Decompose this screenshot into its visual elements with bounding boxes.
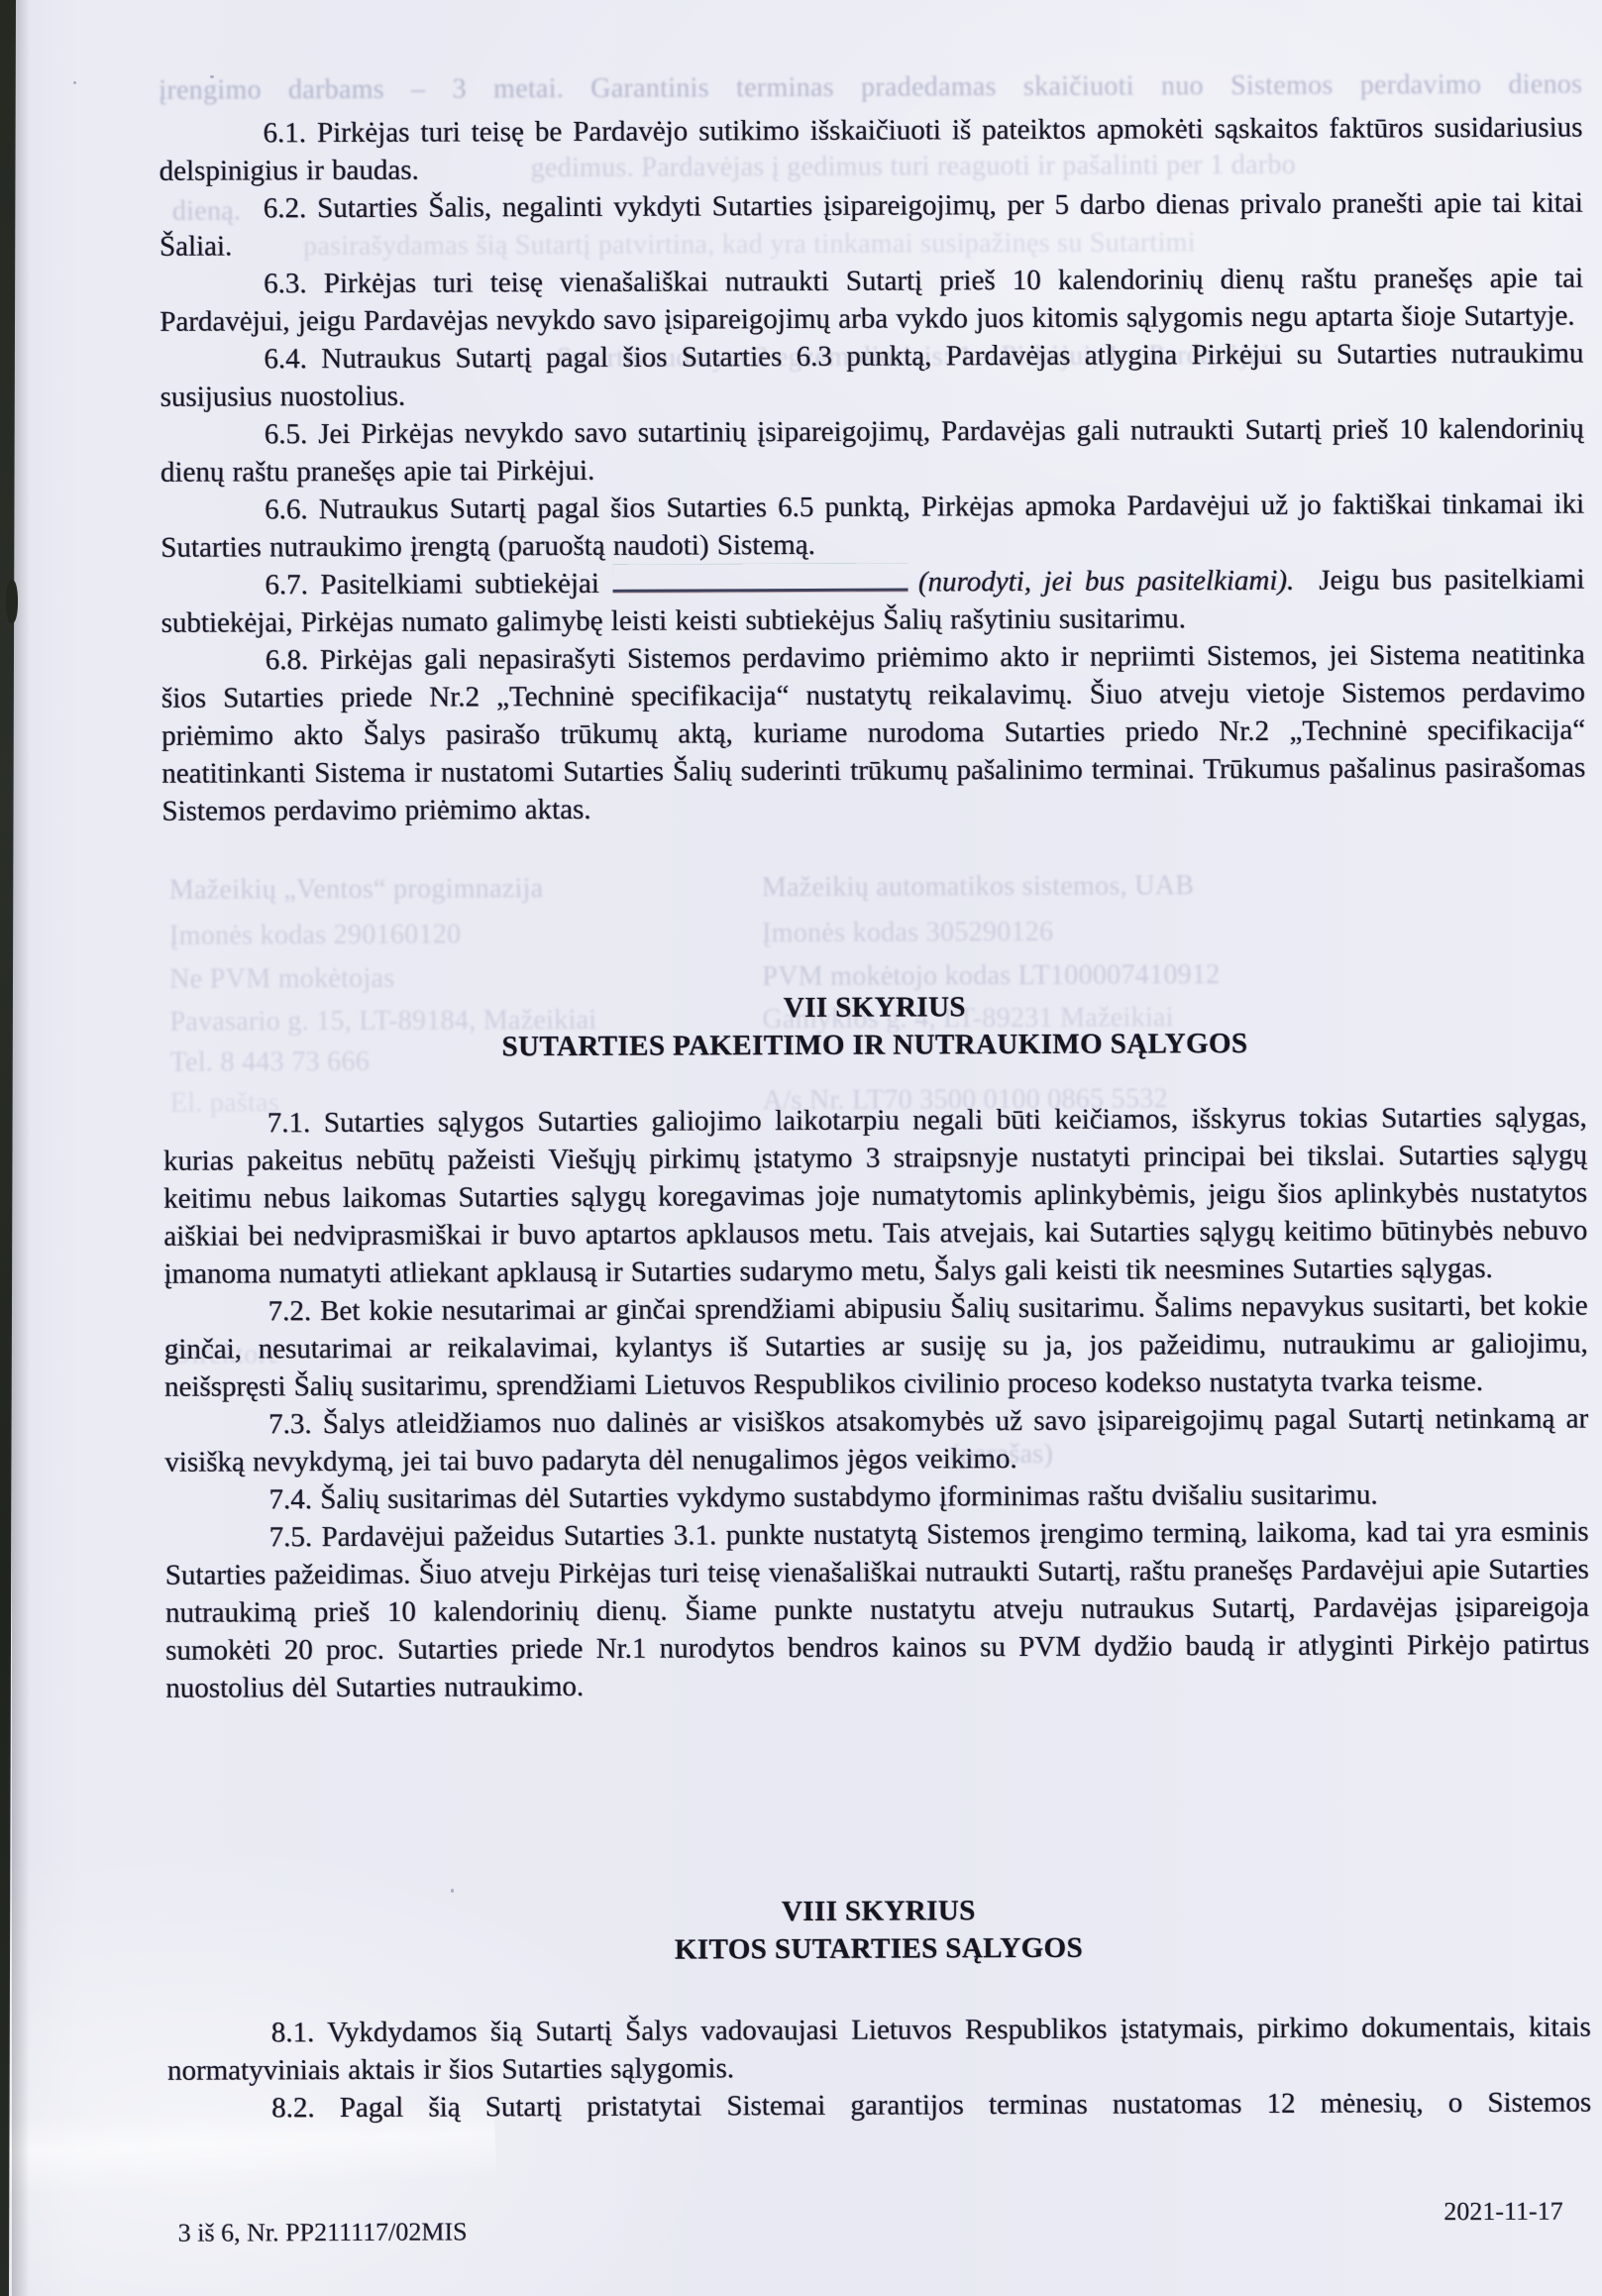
document-date-footer: 2021-11-17 <box>1443 2197 1562 2228</box>
chapter-6-clauses: 6.1. Pirkėjas turi teisę be Pardavėjo su… <box>159 109 1585 830</box>
contract-clause-7-2: 7.2. Bet kokie nesutarimai ar ginčai spr… <box>164 1287 1588 1406</box>
contract-clause-6-2: 6.2. Sutarties Šalis, negalinti vykdyti … <box>160 184 1583 266</box>
clause-6-7-prefix: 6.7. Pasitelkiami subtiekėjai <box>265 568 599 601</box>
chapter-8-title: KITOS SUTARTIES SĄLYGOS <box>166 1927 1590 1971</box>
chapter-8-clauses: 8.1. Vykdydamos šią Sutartį Šalys vadova… <box>167 2009 1591 2128</box>
page-number-footer: 3 iš 6, Nr. PP211117/02MIS <box>178 2217 468 2247</box>
contract-clause-6-3: 6.3. Pirkėjas turi teisę vienašališkai n… <box>160 260 1583 341</box>
contract-clause-7-5: 7.5. Pardavėjui pažeidus Sutarties 3.1. … <box>165 1513 1590 1707</box>
contract-clause-8-1: 8.1. Vykdydamos šią Sutartį Šalys vadova… <box>167 2009 1591 2090</box>
contract-clause-8-2: 8.2. Pagal šią Sutartį pristatytai Siste… <box>167 2084 1591 2128</box>
clause-6-7-italic-note: (nurodyti, jei bus pasitelkiami). <box>918 565 1295 599</box>
contract-clause-7-3: 7.3. Šalys atleidžiamos nuo dalinės ar v… <box>164 1400 1588 1481</box>
chapter-7-number: VII SKYRIUS <box>162 986 1586 1030</box>
chapter-8-heading: VIII SKYRIUS KITOS SUTARTIES SĄLYGOS <box>166 1890 1590 1971</box>
fill-in-blank-line <box>613 564 908 593</box>
chapter-7-heading: VII SKYRIUS SUTARTIES PAKEITIMO IR NUTRA… <box>162 986 1586 1067</box>
contract-clause-6-7: 6.7. Pasitelkiami subtiekėjai(nurodyti, … <box>160 561 1584 642</box>
chapter-7-clauses: 7.1. Sutarties sąlygos Sutarties galioji… <box>163 1099 1590 1707</box>
scanned-contract-page: įrengimo darbams – 3 metai. Garantinis t… <box>0 0 1602 2296</box>
contract-clause-6-4: 6.4. Nutraukus Sutartį pagal šios Sutart… <box>160 335 1583 416</box>
contract-clause-6-6: 6.6. Nutraukus Sutartį pagal šios Sutart… <box>160 486 1584 567</box>
ghost-text-line: Mažeikių automatikos sistemos, UAB <box>762 869 1195 905</box>
ghost-text-line: Įmonės kodas 290160120 <box>169 918 462 952</box>
ghost-text-line: Mažeikių „Ventos“ progimnazija <box>169 872 544 908</box>
contract-clause-7-1: 7.1. Sutarties sąlygos Sutarties galioji… <box>163 1099 1588 1293</box>
scanner-edge-artifact-bump <box>6 580 18 623</box>
contract-clause-6-5: 6.5. Jei Pirkėjas nevykdo savo sutartini… <box>160 410 1584 492</box>
contract-clause-6-1: 6.1. Pirkėjas turi teisę be Pardavėjo su… <box>159 109 1582 190</box>
ghost-text-line: įrengimo darbams – 3 metai. Garantinis t… <box>159 68 1582 108</box>
document-content: įrengimo darbams – 3 metai. Garantinis t… <box>0 0 1602 2296</box>
contract-clause-6-8: 6.8. Pirkėjas gali nepasirašyti Sistemos… <box>161 636 1586 830</box>
contract-clause-7-4: 7.4. Šalių susitarimas dėl Sutarties vyk… <box>164 1476 1588 1519</box>
chapter-7-title: SUTARTIES PAKEITIMO IR NUTRAUKIMO SĄLYGO… <box>162 1024 1586 1067</box>
ghost-text-line: Įmonės kodas 305290126 <box>762 916 1054 950</box>
chapter-8-number: VIII SKYRIUS <box>166 1890 1590 1933</box>
bleed-through-layer: įrengimo darbams – 3 metai. Garantinis t… <box>0 0 1597 4</box>
